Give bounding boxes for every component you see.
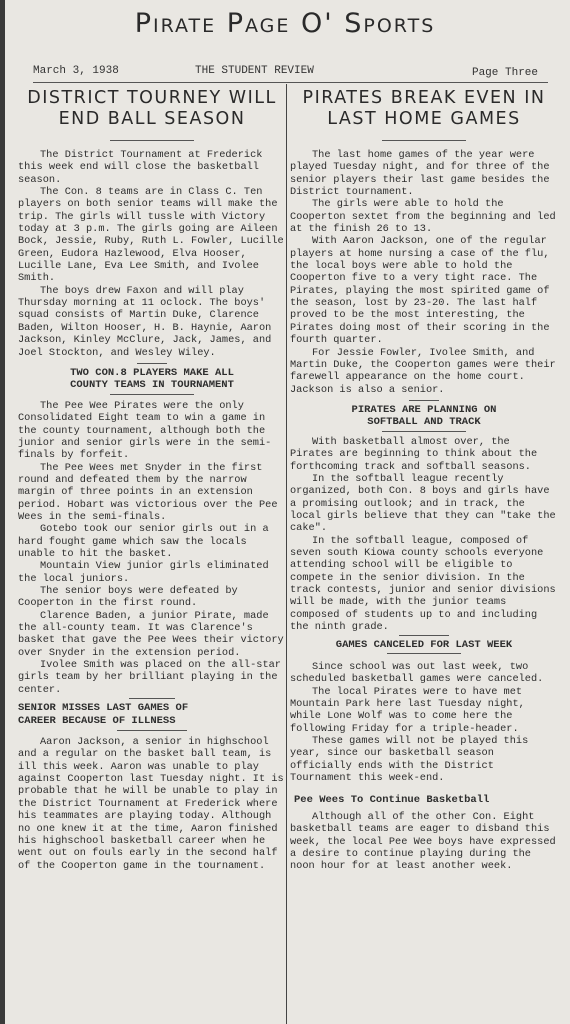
paragraph: Although all of the other Con. Eight bas… <box>290 811 558 873</box>
paragraph: These games will not be played this year… <box>290 735 558 784</box>
paragraph: The Pee Wees met Snyder in the first rou… <box>18 462 286 524</box>
paragraph: Mountain View junior girls eliminated th… <box>18 560 286 585</box>
story-games-canceled: Since school was out last week, two sche… <box>290 661 558 784</box>
section-rule <box>129 698 175 699</box>
section-rule <box>137 363 167 364</box>
subhead-all-county: TWO CON.8 PLAYERS MAKE ALL COUNTY TEAMS … <box>18 367 286 392</box>
paragraph: For Jessie Fowler, Ivolee Smith, and Mar… <box>290 347 558 396</box>
page-edge <box>0 0 5 1024</box>
paragraph: The senior boys were defeated by Coopert… <box>18 585 286 610</box>
paragraph: The last home games of the year were pla… <box>290 149 558 198</box>
paragraph: With Aaron Jackson, one of the regular p… <box>290 235 558 346</box>
section-rule <box>117 730 187 731</box>
paragraph: Gotebo took our senior girls out in a ha… <box>18 523 286 560</box>
subhead-softball-track: PIRATES ARE PLANNING ON SOFTBALL AND TRA… <box>290 404 558 429</box>
paragraph: The boys drew Faxon and will play Thursd… <box>18 285 286 359</box>
paragraph: Ivolee Smith was placed on the all-star … <box>18 659 286 696</box>
story-all-county: The Pee Wee Pirates were the only Consol… <box>18 400 286 696</box>
section-rule <box>110 394 194 395</box>
subhead-pee-wees: Pee Wees To Continue Basketball <box>290 794 558 807</box>
story-last-home-games: The last home games of the year were pla… <box>290 149 558 396</box>
right-column: PIRATES BREAK EVEN IN LAST HOME GAMES Th… <box>290 88 558 873</box>
column-divider <box>286 84 287 1024</box>
subhead-games-canceled: GAMES CANCELED FOR LAST WEEK <box>290 639 558 652</box>
paragraph: Aaron Jackson, a senior in highschool an… <box>18 736 286 872</box>
section-rule <box>399 635 449 636</box>
paragraph: Since school was out last week, two sche… <box>290 661 558 686</box>
paragraph: The Con. 8 teams are in Class C. Ten pla… <box>18 186 286 285</box>
section-rule <box>387 653 461 654</box>
masthead: Pirate Page O' Sports <box>0 8 570 39</box>
paragraph: Clarence Baden, a junior Pirate, made th… <box>18 610 286 659</box>
paper-name: THE STUDENT REVIEW <box>195 65 314 77</box>
paragraph: The local Pirates were to have met Mount… <box>290 686 558 735</box>
story-softball-track: With basketball almost over, the Pirates… <box>290 436 558 634</box>
paragraph: The District Tournament at Frederick thi… <box>18 149 286 186</box>
story-senior-illness: Aaron Jackson, a senior in highschool an… <box>18 736 286 872</box>
paragraph: In the softball league recently organize… <box>290 473 558 535</box>
right-headline: PIRATES BREAK EVEN IN LAST HOME GAMES <box>290 88 558 130</box>
dateline: March 3, 1938 THE STUDENT REVIEW Page Th… <box>33 64 548 83</box>
story-pee-wees: Although all of the other Con. Eight bas… <box>290 811 558 873</box>
issue-date: March 3, 1938 <box>33 65 119 77</box>
headline-rule <box>382 140 466 141</box>
paragraph: With basketball almost over, the Pirates… <box>290 436 558 473</box>
headline-rule <box>110 140 194 141</box>
story-district-tourney: The District Tournament at Frederick thi… <box>18 149 286 359</box>
left-headline: DISTRICT TOURNEY WILL END BALL SEASON <box>18 88 286 130</box>
left-column: DISTRICT TOURNEY WILL END BALL SEASON Th… <box>18 88 286 872</box>
section-rule <box>409 400 439 401</box>
page-number: Page Three <box>472 67 538 79</box>
subhead-senior-illness: SENIOR MISSES LAST GAMES OF CAREER BECAU… <box>18 702 286 727</box>
paragraph: The Pee Wee Pirates were the only Consol… <box>18 400 286 462</box>
section-rule <box>382 431 466 432</box>
paragraph: In the softball league, composed of seve… <box>290 535 558 634</box>
paragraph: The girls were able to hold the Cooperto… <box>290 198 558 235</box>
